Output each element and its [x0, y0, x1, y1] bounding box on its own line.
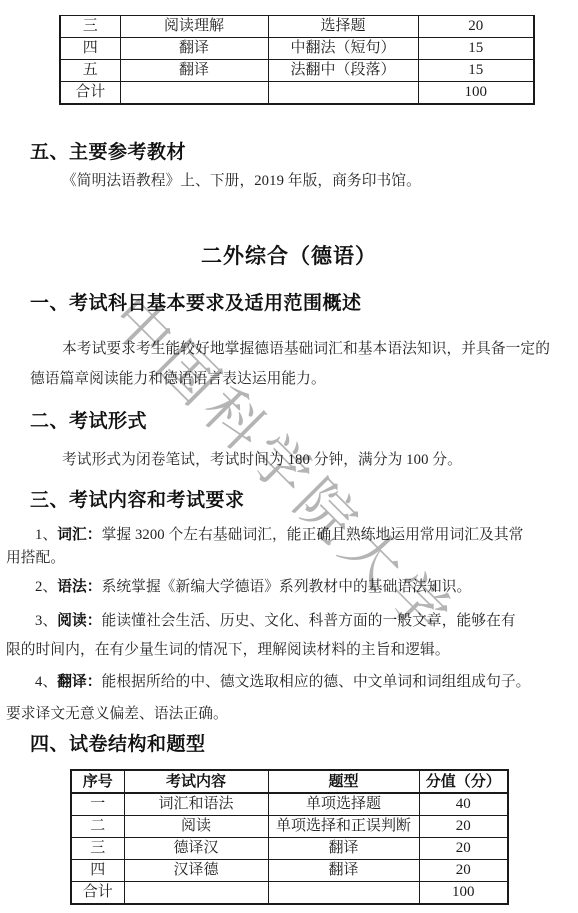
table-cell: 词汇和语法 [124, 793, 268, 816]
overview-paragraph-line-1: 本考试要求考生能较好地掌握德语基础词汇和基本语法知识，并具备一定的 [62, 339, 550, 359]
reference-text: 《简明法语教程》上、下册，2019 年版，商务印书馆。 [62, 171, 421, 191]
table-cell: 单项选择题 [268, 793, 419, 816]
table-row-total: 合计 100 [71, 882, 508, 905]
document-title: 二外综合（德语） [0, 244, 578, 270]
table-cell [124, 882, 268, 905]
section-heading-overview: 一、考试科目基本要求及适用范围概述 [30, 293, 362, 315]
section-heading-reference: 五、主要参考教材 [30, 142, 186, 164]
table-cell: 20 [419, 860, 508, 882]
table-cell: 40 [419, 793, 508, 816]
content-item-3-line-1: 3、阅读：能读懂社会生活、历史、文化、科普方面的一般文章，能够在有 [35, 611, 516, 631]
table-header-row: 序号 考试内容 题型 分值（分） [71, 770, 508, 793]
column-header-score: 分值（分） [419, 770, 508, 793]
table-row: 一 词汇和语法 单项选择题 40 [71, 793, 508, 816]
overview-paragraph-line-2: 德语篇章阅读能力和德语语言表达运用能力。 [30, 369, 326, 389]
content-item-2-line-1: 2、语法：系统掌握《新编大学德语》系列教材中的基础语法知识。 [35, 577, 471, 597]
section-heading-exam-form: 二、考试形式 [30, 411, 147, 433]
table-cell: 中翻法（短句） [268, 38, 418, 60]
item-text: 系统掌握《新编大学德语》系列教材中的基础语法知识。 [102, 579, 472, 595]
table-row: 五 翻译 法翻中（段落） 15 [60, 60, 534, 82]
table-row: 四 汉译德 翻译 20 [71, 860, 508, 882]
table-cell: 德译汉 [124, 838, 268, 860]
table-cell: 15 [418, 60, 534, 82]
column-header-question-type: 题型 [268, 770, 419, 793]
table-cell [268, 82, 418, 105]
table-cell: 翻译 [268, 838, 419, 860]
german-structure-table: 序号 考试内容 题型 分值（分） 一 词汇和语法 单项选择题 40 二 阅读 单… [70, 769, 509, 905]
item-number: 3、 [35, 613, 57, 629]
table-cell: 一 [71, 793, 124, 816]
table-cell: 汉译德 [124, 860, 268, 882]
french-score-table: 三 阅读理解 选择题 20 四 翻译 中翻法（短句） 15 五 翻译 法翻中（段… [59, 15, 535, 105]
table-row: 二 阅读 单项选择和正误判断 20 [71, 816, 508, 838]
item-text: 能读懂社会生活、历史、文化、科普方面的一般文章，能够在有 [102, 613, 516, 629]
table-row-total: 合计 100 [60, 82, 534, 105]
table-cell: 四 [60, 38, 120, 60]
table-cell: 翻译 [120, 38, 268, 60]
item-text: 能根据所给的中、德文选取相应的德、中文单词和词组组成句子。 [102, 674, 531, 690]
content-item-4-line-1: 4、翻译：能根据所给的中、德文选取相应的德、中文单词和词组组成句子。 [35, 672, 530, 692]
table-cell: 五 [60, 60, 120, 82]
item-term: 语法： [57, 579, 101, 595]
table-cell [120, 82, 268, 105]
item-term: 词汇： [57, 527, 101, 543]
table-cell: 合计 [60, 82, 120, 105]
table-cell: 15 [418, 38, 534, 60]
item-term: 翻译： [57, 674, 101, 690]
table-cell: 20 [419, 816, 508, 838]
table-cell: 翻译 [268, 860, 419, 882]
document-content: 三 阅读理解 选择题 20 四 翻译 中翻法（短句） 15 五 翻译 法翻中（段… [0, 0, 578, 913]
table-cell: 选择题 [268, 16, 418, 38]
table-cell: 四 [71, 860, 124, 882]
table-cell: 20 [418, 16, 534, 38]
table-row: 三 德译汉 翻译 20 [71, 838, 508, 860]
column-header-number: 序号 [71, 770, 124, 793]
content-item-1-line-2: 用搭配。 [6, 548, 65, 568]
table-row: 三 阅读理解 选择题 20 [60, 16, 534, 38]
section-heading-exam-content: 三、考试内容和考试要求 [30, 490, 245, 512]
table-cell: 翻译 [120, 60, 268, 82]
table-cell [268, 882, 419, 905]
table-cell: 单项选择和正误判断 [268, 816, 419, 838]
table-cell: 合计 [71, 882, 124, 905]
column-header-content: 考试内容 [124, 770, 268, 793]
exam-form-text: 考试形式为闭卷笔试，考试时间为 180 分钟，满分为 100 分。 [62, 450, 462, 470]
item-number: 1、 [35, 527, 57, 543]
document-page: 中国科学院大学 三 阅读理解 选择题 20 四 翻译 中翻法（短句） 15 [0, 0, 578, 913]
item-number: 4、 [35, 674, 57, 690]
table-cell: 阅读理解 [120, 16, 268, 38]
table-cell: 三 [71, 838, 124, 860]
table-cell: 法翻中（段落） [268, 60, 418, 82]
table-cell: 100 [419, 882, 508, 905]
table-row: 四 翻译 中翻法（短句） 15 [60, 38, 534, 60]
item-text: 掌握 3200 个左右基础词汇，能正确且熟练地运用常用词汇及其常 [102, 527, 524, 543]
table-cell: 二 [71, 816, 124, 838]
section-heading-paper-structure: 四、试卷结构和题型 [30, 734, 206, 756]
table-cell: 阅读 [124, 816, 268, 838]
table-cell: 三 [60, 16, 120, 38]
content-item-4-line-2: 要求译文无意义偏差、语法正确。 [6, 704, 228, 724]
content-item-1-line-1: 1、词汇：掌握 3200 个左右基础词汇，能正确且熟练地运用常用词汇及其常 [35, 525, 523, 545]
table-cell: 100 [418, 82, 534, 105]
table-cell: 20 [419, 838, 508, 860]
item-number: 2、 [35, 579, 57, 595]
content-item-3-line-2: 限的时间内，在有少量生词的情况下，理解阅读材料的主旨和逻辑。 [6, 640, 450, 660]
item-term: 阅读： [57, 613, 101, 629]
